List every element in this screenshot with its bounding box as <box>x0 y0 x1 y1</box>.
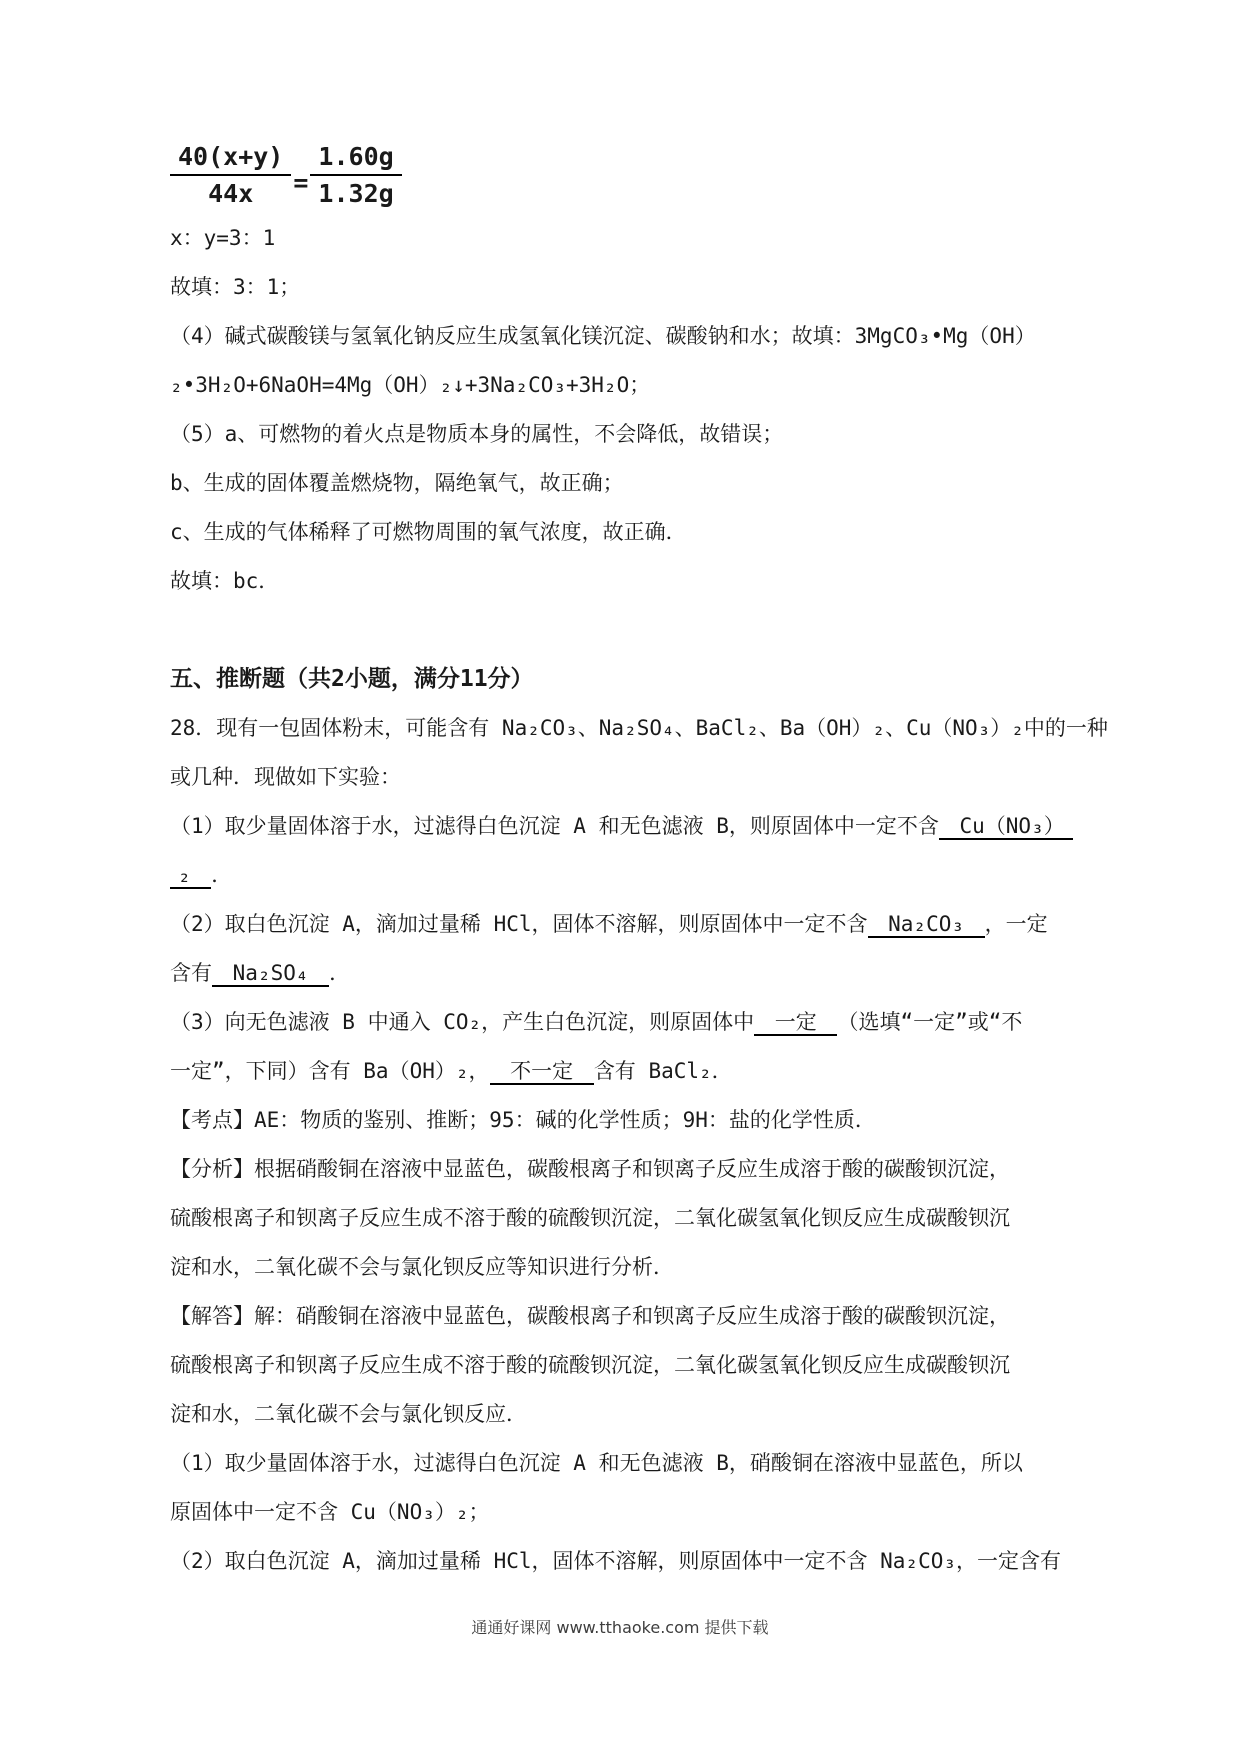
line-text: （1）取少量固体溶于水，过滤得白色沉淀 A 和无色滤液 B，硝酸铜在溶液中显蓝色… <box>170 1451 1023 1475</box>
line-text: 故填：3：1； <box>170 275 300 299</box>
document-line: 故填：bc． <box>170 557 1085 606</box>
document-line: （4）碱式碳酸镁与氢氧化钠反应生成氢氧化镁沉淀、碳酸钠和水；故填：3MgCO₃•… <box>170 312 1085 361</box>
line-text: x：y=3：1 <box>170 226 275 250</box>
answer-blank: 一定 <box>754 1010 837 1036</box>
line-text: c、生成的气体稀释了可燃物周围的氧气浓度，故正确． <box>170 520 687 544</box>
line-text: 含有 BaCl₂． <box>594 1059 733 1083</box>
line-text: b、生成的固体覆盖燃烧物，隔绝氧气，故正确； <box>170 471 624 495</box>
line-text: 硫酸根离子和钡离子反应生成不溶于酸的硫酸钡沉淀，二氧化碳氢氧化钡反应生成碳酸钡沉 <box>170 1353 1010 1377</box>
section-heading: 五、推断题（共2小题，满分11分） <box>170 655 1085 704</box>
fraction-equation: 40(x+y) 44x = 1.60g 1.32g <box>170 136 1085 214</box>
line-text: 原固体中一定不含 Cu（NO₃）₂； <box>170 1500 490 1524</box>
document-line: b、生成的固体覆盖燃烧物，隔绝氧气，故正确； <box>170 459 1085 508</box>
document-line: 硫酸根离子和钡离子反应生成不溶于酸的硫酸钡沉淀，二氧化碳氢氧化钡反应生成碳酸钡沉 <box>170 1341 1085 1390</box>
line-text: 硫酸根离子和钡离子反应生成不溶于酸的硫酸钡沉淀，二氧化碳氢氧化钡反应生成碳酸钡沉 <box>170 1206 1010 1230</box>
document-line: 一定”，下同）含有 Ba（OH）₂， 不一定 含有 BaCl₂． <box>170 1047 1085 1096</box>
document-line: 原固体中一定不含 Cu（NO₃）₂； <box>170 1488 1085 1537</box>
fraction-left-denominator: 44x <box>170 176 291 208</box>
line-text: 含有 <box>170 961 212 985</box>
document-line: （5）a、可燃物的着火点是物质本身的属性，不会降低，故错误； <box>170 410 1085 459</box>
document-line: 28．现有一包固体粉末，可能含有 Na₂CO₃、Na₂SO₄、BaCl₂、Ba（… <box>170 704 1085 753</box>
document-line: 故填：3：1； <box>170 263 1085 312</box>
fraction-right-numerator: 1.60g <box>310 142 401 176</box>
line-text: ，一定 <box>985 912 1048 936</box>
document-content: 40(x+y) 44x = 1.60g 1.32g x：y=3：1故填：3：1；… <box>170 136 1085 1586</box>
document-line: x：y=3：1 <box>170 214 1085 263</box>
document-line: 硫酸根离子和钡离子反应生成不溶于酸的硫酸钡沉淀，二氧化碳氢氧化钡反应生成碳酸钡沉 <box>170 1194 1085 1243</box>
fraction-left: 40(x+y) 44x <box>170 142 291 208</box>
line-text: 【分析】根据硝酸铜在溶液中显蓝色，碳酸根离子和钡离子反应生成溶于酸的碳酸钡沉淀， <box>170 1157 1010 1181</box>
equals-sign: = <box>293 168 308 197</box>
line-text: （2）取白色沉淀 A，滴加过量稀 HCl，固体不溶解，则原固体中一定不含 <box>170 912 868 936</box>
document-line: （2）取白色沉淀 A，滴加过量稀 HCl，固体不溶解，则原固体中一定不含 Na₂… <box>170 1537 1085 1586</box>
blank-line <box>170 606 1085 655</box>
document-line: 【解答】解：硝酸铜在溶液中显蓝色，碳酸根离子和钡离子反应生成溶于酸的碳酸钡沉淀， <box>170 1292 1085 1341</box>
document-line: ₂ ． <box>170 851 1085 900</box>
document-line: （1）取少量固体溶于水，过滤得白色沉淀 A 和无色滤液 B，硝酸铜在溶液中显蓝色… <box>170 1439 1085 1488</box>
line-text: ． <box>211 863 232 887</box>
document-page: 40(x+y) 44x = 1.60g 1.32g x：y=3：1故填：3：1；… <box>0 0 1240 1754</box>
document-line: （3）向无色滤液 B 中通入 CO₂，产生白色沉淀，则原固体中 一定 （选填“一… <box>170 998 1085 1047</box>
document-line: 淀和水，二氧化碳不会与氯化钡反应等知识进行分析． <box>170 1243 1085 1292</box>
line-text: 故填：bc． <box>170 569 279 593</box>
answer-blank: 不一定 <box>490 1059 594 1085</box>
line-text: （5）a、可燃物的着火点是物质本身的属性，不会降低，故错误； <box>170 422 783 446</box>
line-text: 【考点】AE：物质的鉴别、推断；95：碱的化学性质；9H：盐的化学性质． <box>170 1108 876 1132</box>
answer-blank: ₂ <box>170 863 211 889</box>
document-line: 含有 Na₂SO₄ ． <box>170 949 1085 998</box>
line-text: （2）取白色沉淀 A，滴加过量稀 HCl，固体不溶解，则原固体中一定不含 Na₂… <box>170 1549 1061 1573</box>
line-text: 或几种．现做如下实验： <box>170 765 401 789</box>
document-line: ₂•3H₂O+6NaOH=4Mg（OH）₂↓+3Na₂CO₃+3H₂O； <box>170 361 1085 410</box>
line-text: 【解答】解：硝酸铜在溶液中显蓝色，碳酸根离子和钡离子反应生成溶于酸的碳酸钡沉淀， <box>170 1304 1010 1328</box>
line-text: （3）向无色滤液 B 中通入 CO₂，产生白色沉淀，则原固体中 <box>170 1010 754 1034</box>
document-line: 或几种．现做如下实验： <box>170 753 1085 802</box>
page-footer: 通通好课网 www.tthaoke.com 提供下载 <box>0 1615 1240 1638</box>
document-line: 淀和水，二氧化碳不会与氯化钡反应． <box>170 1390 1085 1439</box>
document-line: （1）取少量固体溶于水，过滤得白色沉淀 A 和无色滤液 B，则原固体中一定不含 … <box>170 802 1085 851</box>
document-line: 【分析】根据硝酸铜在溶液中显蓝色，碳酸根离子和钡离子反应生成溶于酸的碳酸钡沉淀， <box>170 1145 1085 1194</box>
fraction-right: 1.60g 1.32g <box>310 142 401 208</box>
line-text: 淀和水，二氧化碳不会与氯化钡反应． <box>170 1402 527 1426</box>
document-line: c、生成的气体稀释了可燃物周围的氧气浓度，故正确． <box>170 508 1085 557</box>
line-text: ． <box>329 961 350 985</box>
line-text: 一定”，下同）含有 Ba（OH）₂， <box>170 1059 490 1083</box>
document-line: （2）取白色沉淀 A，滴加过量稀 HCl，固体不溶解，则原固体中一定不含 Na₂… <box>170 900 1085 949</box>
line-text: 五、推断题（共2小题，满分11分） <box>170 666 534 692</box>
answer-blank: Na₂SO₄ <box>212 961 329 987</box>
answer-blank: Na₂CO₃ <box>868 912 985 938</box>
fraction-right-denominator: 1.32g <box>310 176 401 208</box>
answer-blank: Cu（NO₃） <box>939 814 1073 840</box>
line-text: 28．现有一包固体粉末，可能含有 Na₂CO₃、Na₂SO₄、BaCl₂、Ba（… <box>170 716 1108 740</box>
line-text: （选填“一定”或“不 <box>837 1010 1022 1034</box>
line-text: 淀和水，二氧化碳不会与氯化钡反应等知识进行分析． <box>170 1255 674 1279</box>
document-line: 【考点】AE：物质的鉴别、推断；95：碱的化学性质；9H：盐的化学性质． <box>170 1096 1085 1145</box>
line-text: ₂•3H₂O+6NaOH=4Mg（OH）₂↓+3Na₂CO₃+3H₂O； <box>170 373 650 397</box>
line-text: （4）碱式碳酸镁与氢氧化钠反应生成氢氧化镁沉淀、碳酸钠和水；故填：3MgCO₃•… <box>170 324 1036 348</box>
document-lines: x：y=3：1故填：3：1；（4）碱式碳酸镁与氢氧化钠反应生成氢氧化镁沉淀、碳酸… <box>170 214 1085 1586</box>
line-text: （1）取少量固体溶于水，过滤得白色沉淀 A 和无色滤液 B，则原固体中一定不含 <box>170 814 939 838</box>
fraction-left-numerator: 40(x+y) <box>170 142 291 176</box>
